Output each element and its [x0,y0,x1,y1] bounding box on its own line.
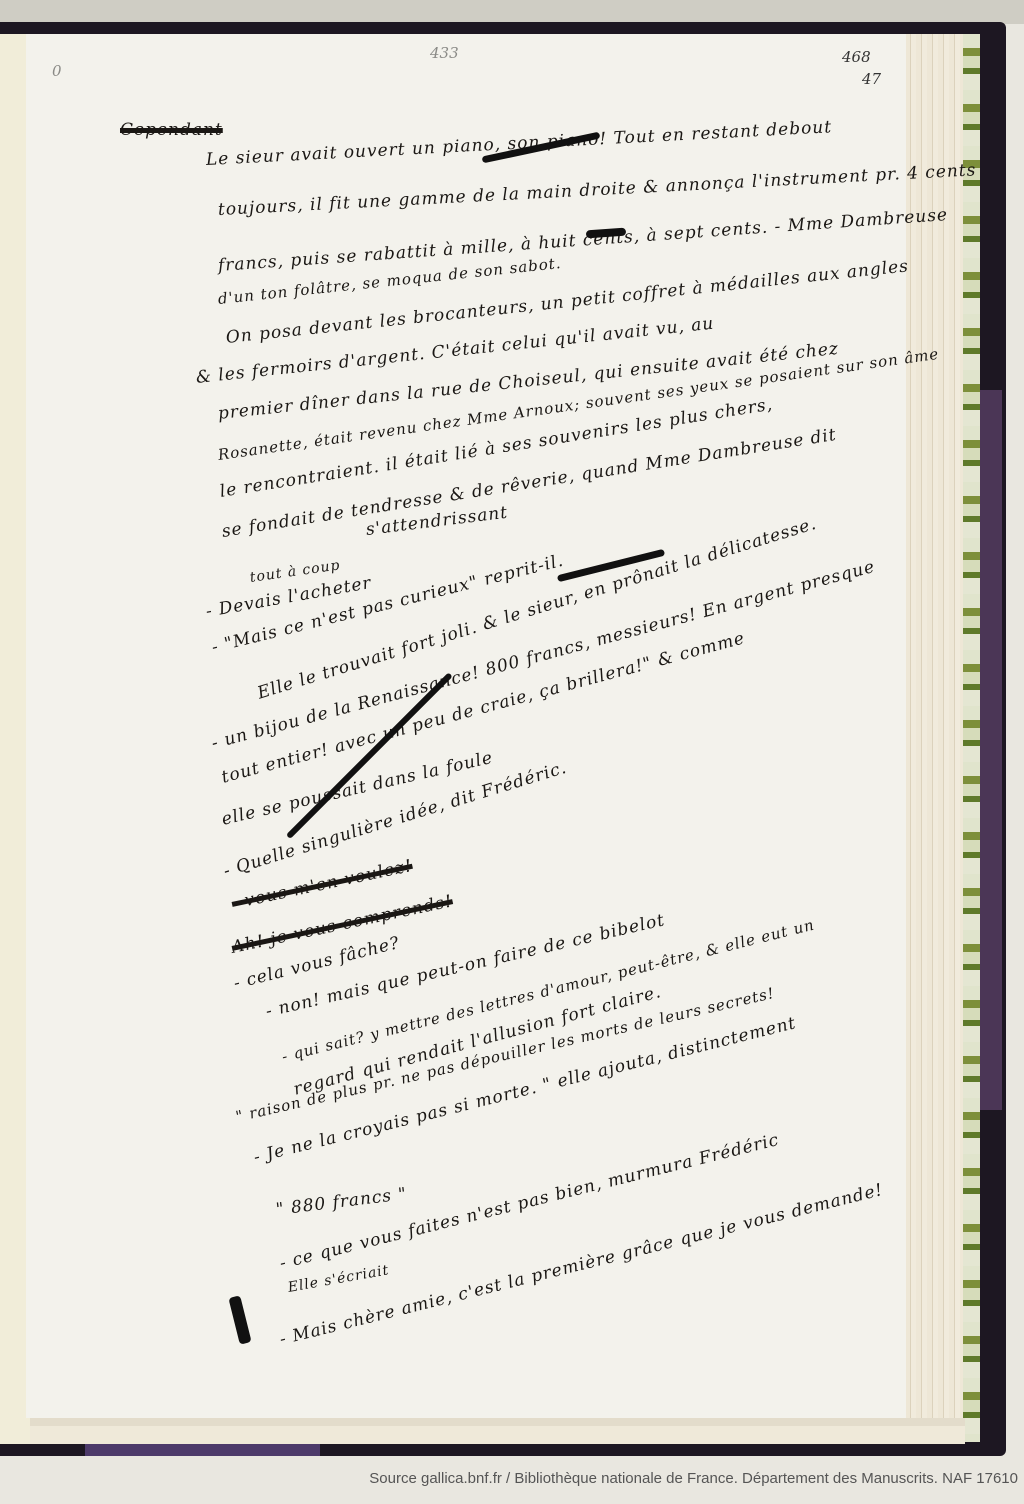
manuscript-line: " 880 francs " [275,1184,409,1220]
page-number: 47 [862,70,881,88]
page-edges-bottom [25,1418,965,1444]
background-top [0,0,1024,24]
binding-purple-strip-bottom [85,1443,320,1456]
ink-blot-mark [228,1295,251,1344]
source-caption: Source gallica.bnf.fr / Bibliothèque nat… [0,1470,1018,1487]
folio-number: 468 [842,48,871,66]
pencil-mark-left: 0 [52,62,62,80]
manuscript-page: 0 433 468 47 Cependant Le sieur avait ou… [26,34,906,1418]
manuscript-line: Cependant [120,120,223,140]
marbled-endpaper [962,34,980,1442]
binding-purple-strip-right [980,390,1002,1110]
pencil-mark-center: 433 [430,44,459,62]
manuscript-line: Le sieur avait ouvert un piano, son pian… [205,117,832,170]
page-edges-right [905,34,963,1424]
